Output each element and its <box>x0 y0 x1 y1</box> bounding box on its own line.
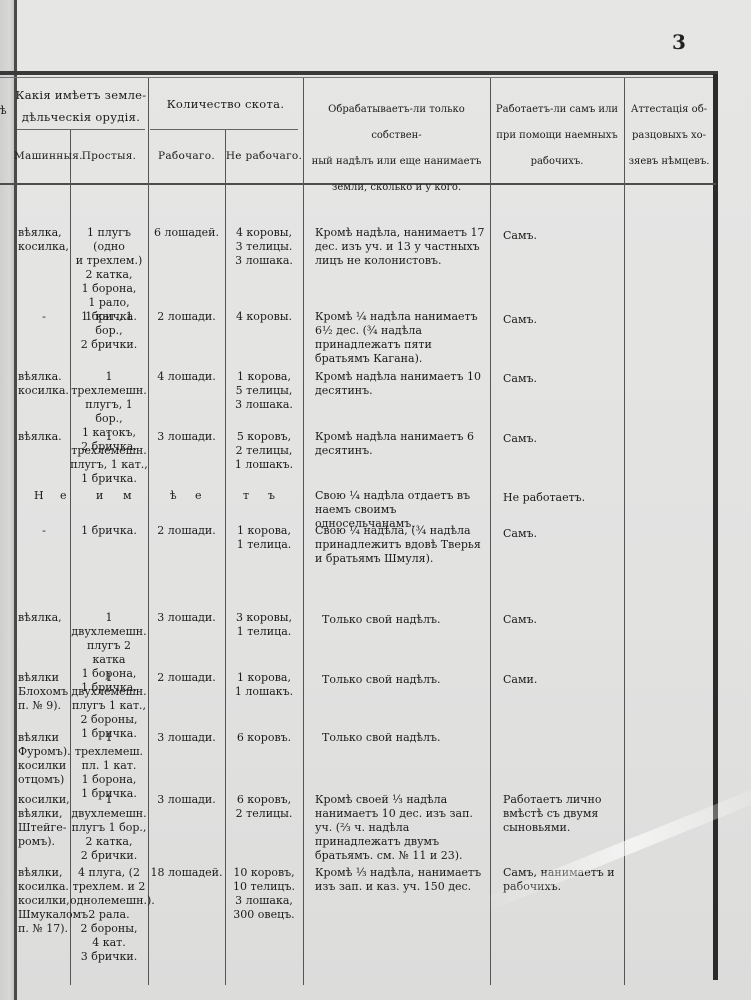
row-10-simple: 1 двухлемешн. плугъ 1 бор., 2 катка, 2 б… <box>70 793 148 863</box>
row-3-machine: вѣялка. косилка. <box>18 370 70 398</box>
table-top-rule-thin <box>0 77 718 78</box>
row-2-nonworking: 4 коровы. <box>225 310 303 324</box>
header-implements-simple: Простыя. <box>70 144 148 168</box>
row-2-land: Кромѣ ¼ надѣла нанимаетъ 6½ дес. (¾ надѣ… <box>315 310 487 366</box>
row-5-spread-4: м <box>123 489 132 503</box>
livestock-subheader-rule <box>150 129 298 130</box>
row-6-nonworking: 1 корова, 1 телица. <box>225 524 303 552</box>
row-11-land: Кромѣ ⅓ надѣла, нанимаетъ изъ зап. и каз… <box>315 866 487 894</box>
row-1-nonworking: 4 коровы, 3 телицы. 3 лошака. <box>225 226 303 268</box>
row-10-nonworking: 6 коровъ, 2 телицы. <box>225 793 303 821</box>
row-2-simple: 1 кат., 1 бор., 2 брички. <box>70 310 148 352</box>
header-livestock-working: Рабочаго. <box>148 144 225 168</box>
row-3-nonworking: 1 корова, 5 телицы, 3 лошака. <box>225 370 303 412</box>
row-9-working: 3 лошади. <box>148 731 225 745</box>
row-3-labor: Самъ. <box>503 372 621 386</box>
row-5-spread-6: е <box>195 489 202 503</box>
row-5-labor: Не работаетъ. <box>503 491 621 505</box>
row-7-labor: Самъ. <box>503 613 621 627</box>
row-2-working: 2 лошади. <box>148 310 225 324</box>
row-8-labor: Сами. <box>503 673 621 687</box>
row-6-labor: Самъ. <box>503 527 621 541</box>
row-6-working: 2 лошади. <box>148 524 225 538</box>
row-7-land: Только свой надѣлъ. <box>322 613 487 627</box>
row-8-machine: вѣялки Блохомъ п. № 9). <box>18 671 70 713</box>
col-divider-land-labor <box>490 78 491 985</box>
table-right-rule <box>713 74 718 980</box>
row-2-labor: Самъ. <box>503 313 621 327</box>
row-4-nonworking: 5 коровъ, 2 телицы, 1 лошакъ. <box>225 430 303 472</box>
header-land-question: Обрабатываетъ-ли только собствен- ный на… <box>303 97 490 201</box>
row-4-working: 3 лошади. <box>148 430 225 444</box>
page-number: 3 <box>672 30 686 54</box>
row-4-machine: вѣялка. <box>18 430 70 444</box>
row-8-land: Только свой надѣлъ. <box>322 673 487 687</box>
row-5-spread-3: и <box>96 489 103 503</box>
row-4-simple: 1 трехлемешн. плугъ, 1 кат., 1 бричка. <box>70 430 148 486</box>
row-7-working: 3 лошади. <box>148 611 225 625</box>
row-4-land: Кромѣ надѣла нанимаетъ 6 десятинъ. <box>315 430 487 458</box>
row-7-machine: вѣялка, <box>18 611 70 625</box>
header-implements: Какія имѣетъ земле- дѣльческія орудія. <box>14 84 148 128</box>
header-attestation: Аттестація об- разцовыхъ хо- зяевъ нѣмце… <box>624 97 714 175</box>
header-livestock-nonworking: Не рабочаго. <box>225 144 303 168</box>
row-6-machine: - <box>18 524 70 538</box>
row-10-working: 3 лошади. <box>148 793 225 807</box>
row-5-spread-2: е <box>60 489 67 503</box>
row-6-land: Свою ¼ надѣла, (¾ надѣла принадлежитъ вд… <box>315 524 487 566</box>
row-3-land: Кромѣ надѣла нанимаетъ 10 десятинъ. <box>315 370 487 398</box>
row-5-spread-8: ъ <box>268 489 275 503</box>
row-3-working: 4 лошади. <box>148 370 225 384</box>
row-2-machine: - <box>18 310 70 324</box>
row-11-machine: вѣялки, косилка. косилки, Шмукаломъ п. №… <box>18 866 70 936</box>
row-1-machine: вѣялка, косилка, <box>18 226 70 254</box>
row-8-working: 2 лошади. <box>148 671 225 685</box>
left-edge-fragment: ѣ <box>0 104 7 117</box>
row-8-nonworking: 1 корова, 1 лошакъ. <box>225 671 303 699</box>
col-divider-nonworking-land <box>303 78 304 985</box>
row-7-nonworking: 3 коровы, 1 телица. <box>225 611 303 639</box>
row-10-machine: косилки, вѣялки, Штейге- ромъ). <box>18 793 70 849</box>
row-11-simple: 4 плуга, (2 трехлем. и 2 однолемешн.). 2… <box>70 866 148 964</box>
row-5-spread-7: т <box>243 489 249 503</box>
table-top-rule <box>0 71 718 75</box>
row-1-labor: Самъ. <box>503 229 621 243</box>
header-labor-question: Работаетъ-ли самъ или при помощи наемных… <box>490 97 624 175</box>
row-9-simple: 1 трехлемеш. пл. 1 кат. 1 борона, 1 брич… <box>70 731 148 801</box>
row-9-land: Только свой надѣлъ. <box>322 731 487 745</box>
row-6-simple: 1 бричка. <box>70 524 148 538</box>
row-11-working: 18 лошадей. <box>148 866 225 880</box>
scanned-page: 3 ѣ Какія имѣетъ земле- дѣльческія оруді… <box>0 0 751 1000</box>
row-9-machine: вѣялки Фуромъ). косилки отцомъ) <box>18 731 70 787</box>
header-livestock: Количество скота. <box>148 92 303 116</box>
row-5-spread-5: ѣ <box>170 489 177 503</box>
row-11-nonworking: 10 коровъ, 10 телицъ. 3 лошака, 300 овец… <box>225 866 303 922</box>
header-implements-machine: Машинныя. <box>14 144 70 168</box>
row-5-spread-1: Н <box>34 489 44 503</box>
row-10-land: Кромѣ своей ⅓ надѣла нанимаетъ 10 дес. и… <box>315 793 487 863</box>
row-1-working: 6 лошадей. <box>148 226 225 240</box>
row-1-land: Кромѣ надѣла, нанимаетъ 17 дес. изъ уч. … <box>315 226 487 268</box>
implements-subheader-rule <box>17 129 145 130</box>
row-9-nonworking: 6 коровъ. <box>225 731 303 745</box>
row-10-labor: Работаетъ лично вмѣстѣ съ двумя сыновьям… <box>503 793 621 835</box>
row-4-labor: Самъ. <box>503 432 621 446</box>
